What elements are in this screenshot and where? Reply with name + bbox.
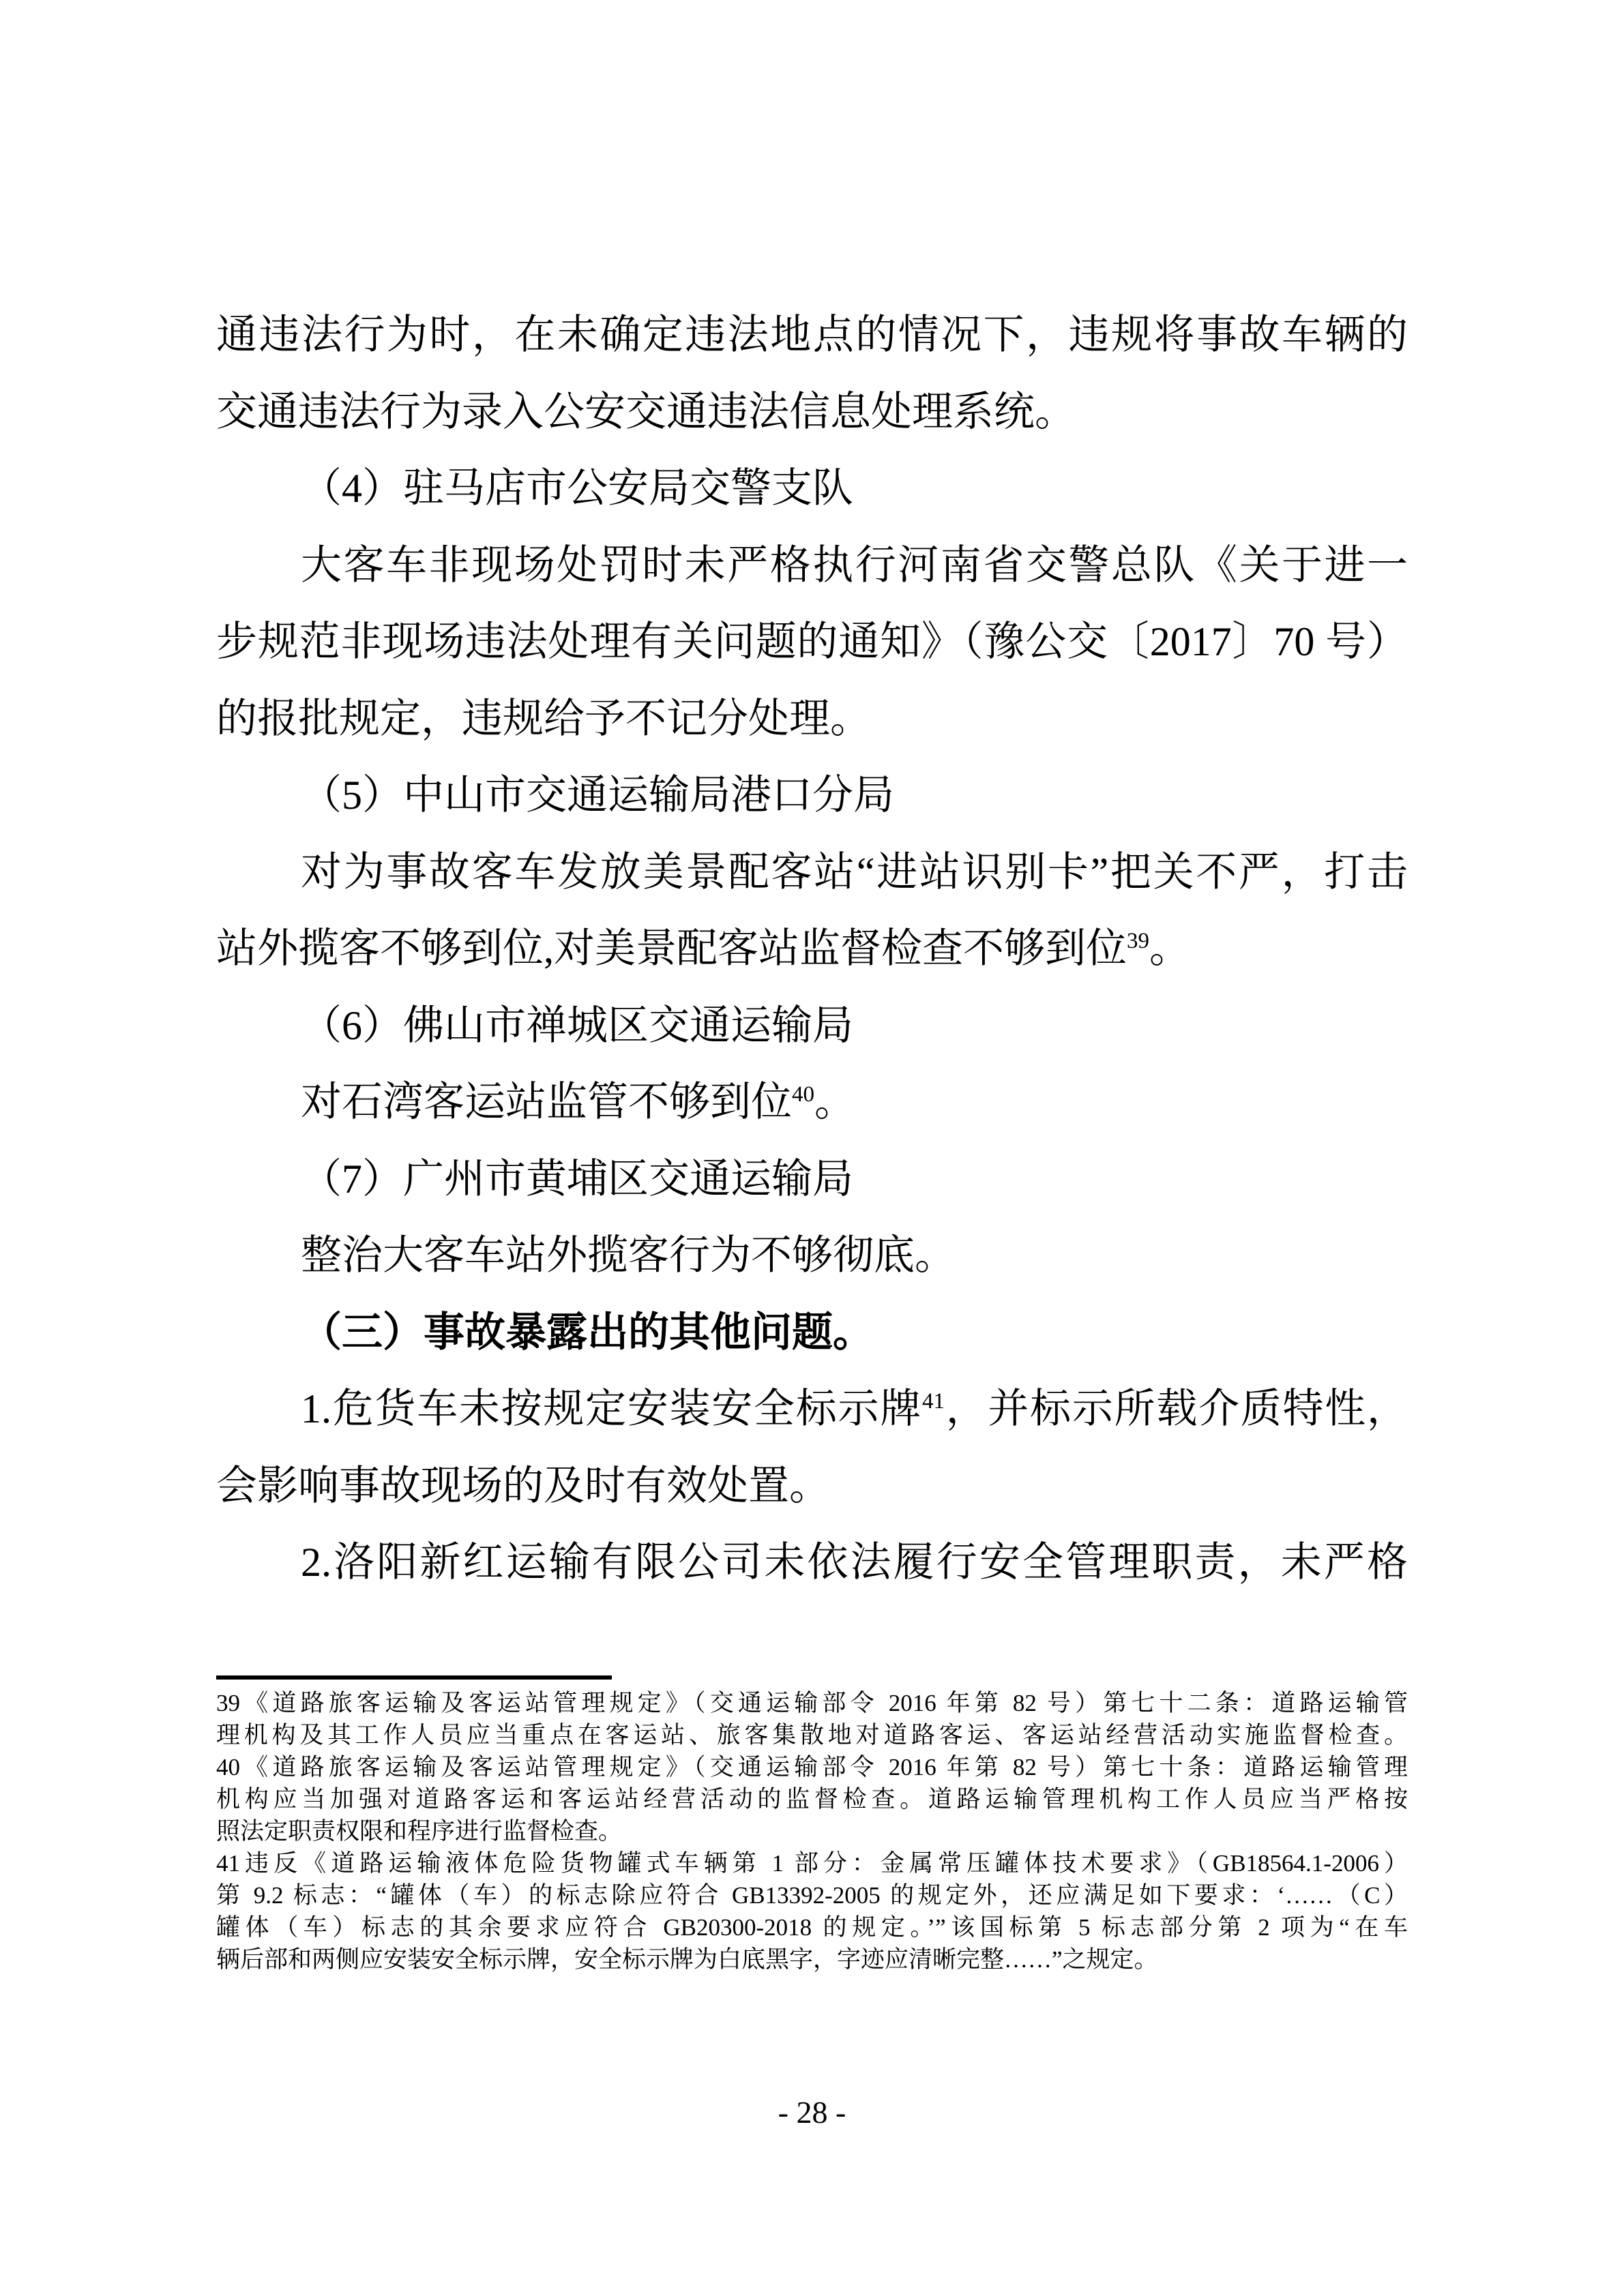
footnote-line: 罐体（车）标志的其余要求应符合 GB20300-2018 的规定。’”该国标第 … [216, 1911, 1408, 1943]
footnote-line: 理机构及其工作人员应当重点在客运站、旅客集散地对道路客运、客运站经营活动实施监督… [216, 1719, 1408, 1751]
footnote-line: 41违反《道路运输液体危险货物罐式车辆第 1 部分：金属常压罐体技术要求》（GB… [216, 1847, 1408, 1879]
body-text-line: 步规范非现场违法处理有关问题的通知》（豫公交〔2017〕70 号） [216, 603, 1408, 681]
body-text-line: 通违法行为时，在未确定违法地点的情况下，违规将事故车辆的 [216, 297, 1408, 374]
body-text-line: 站外揽客不够到位,对美景配客站监督检查不够到位39。 [216, 910, 1408, 987]
document-page: 通违法行为时，在未确定违法地点的情况下，违规将事故车辆的交通违法行为录入公安交通… [0, 0, 1624, 2296]
footnote-line: 辆后部和两侧应安装安全标示牌，安全标示牌为白底黑字，字迹应清晰完整……”之规定。 [216, 1943, 1408, 1976]
body-text-line: 1.危货车未按规定安装安全标示牌41，并标示所载介质特性， [216, 1371, 1408, 1448]
body-text-line: 会影响事故现场的及时有效处置。 [216, 1448, 1408, 1525]
footnote-line: 40《道路旅客运输及客运站管理规定》（交通运输部令 2016 年第 82 号）第… [216, 1751, 1408, 1783]
body-text-line: 大客车非现场处罚时未严格执行河南省交警总队《关于进一 [216, 527, 1408, 604]
body-text-line: 整治大客车站外揽客行为不够彻底。 [216, 1217, 1408, 1294]
footnote-ref: 39 [1127, 929, 1149, 953]
footnote-line: 机构应当加强对道路客运和客运站经营活动的监督检查。道路运输管理机构工作人员应当严… [216, 1783, 1408, 1815]
footnote-line: 第 9.2 标志：“罐体（车）的标志除应符合 GB13392-2005 的规定外… [216, 1879, 1408, 1911]
body-text-line: 交通违法行为录入公安交通违法信息处理系统。 [216, 374, 1408, 451]
footnote-line: 照法定职责权限和程序进行监督检查。 [216, 1815, 1408, 1847]
footnote-separator [216, 1675, 612, 1680]
footnote-ref: 40 [792, 1082, 814, 1107]
body-text-line: （5）中山市交通运输局港口分局 [216, 757, 1408, 834]
body-text-line: （三）事故暴露出的其他问题。 [216, 1294, 1408, 1371]
body-text: 通违法行为时，在未确定违法地点的情况下，违规将事故车辆的交通违法行为录入公安交通… [216, 297, 1408, 1601]
body-text-line: 2.洛阳新红运输有限公司未依法履行安全管理职责，未严格 [216, 1524, 1408, 1601]
body-text-line: 对为事故客车发放美景配客站“进站识别卡”把关不严，打击 [216, 834, 1408, 911]
page-number: - 28 - [0, 2095, 1624, 2130]
body-text-line: （6）佛山市禅城区交通运输局 [216, 987, 1408, 1064]
footnote-ref: 41 [922, 1389, 945, 1414]
body-text-line: 对石湾客运站监管不够到位40。 [216, 1064, 1408, 1141]
body-text-line: （4）驻马店市公安局交警支队 [216, 450, 1408, 527]
footnotes: 39《道路旅客运输及客运站管理规定》（交通运输部令 2016 年第 82 号）第… [216, 1687, 1408, 1976]
footnote-line: 39《道路旅客运输及客运站管理规定》（交通运输部令 2016 年第 82 号）第… [216, 1687, 1408, 1719]
body-text-line: 的报批规定，违规给予不记分处理。 [216, 681, 1408, 758]
body-text-line: （7）广州市黄埔区交通运输局 [216, 1141, 1408, 1218]
